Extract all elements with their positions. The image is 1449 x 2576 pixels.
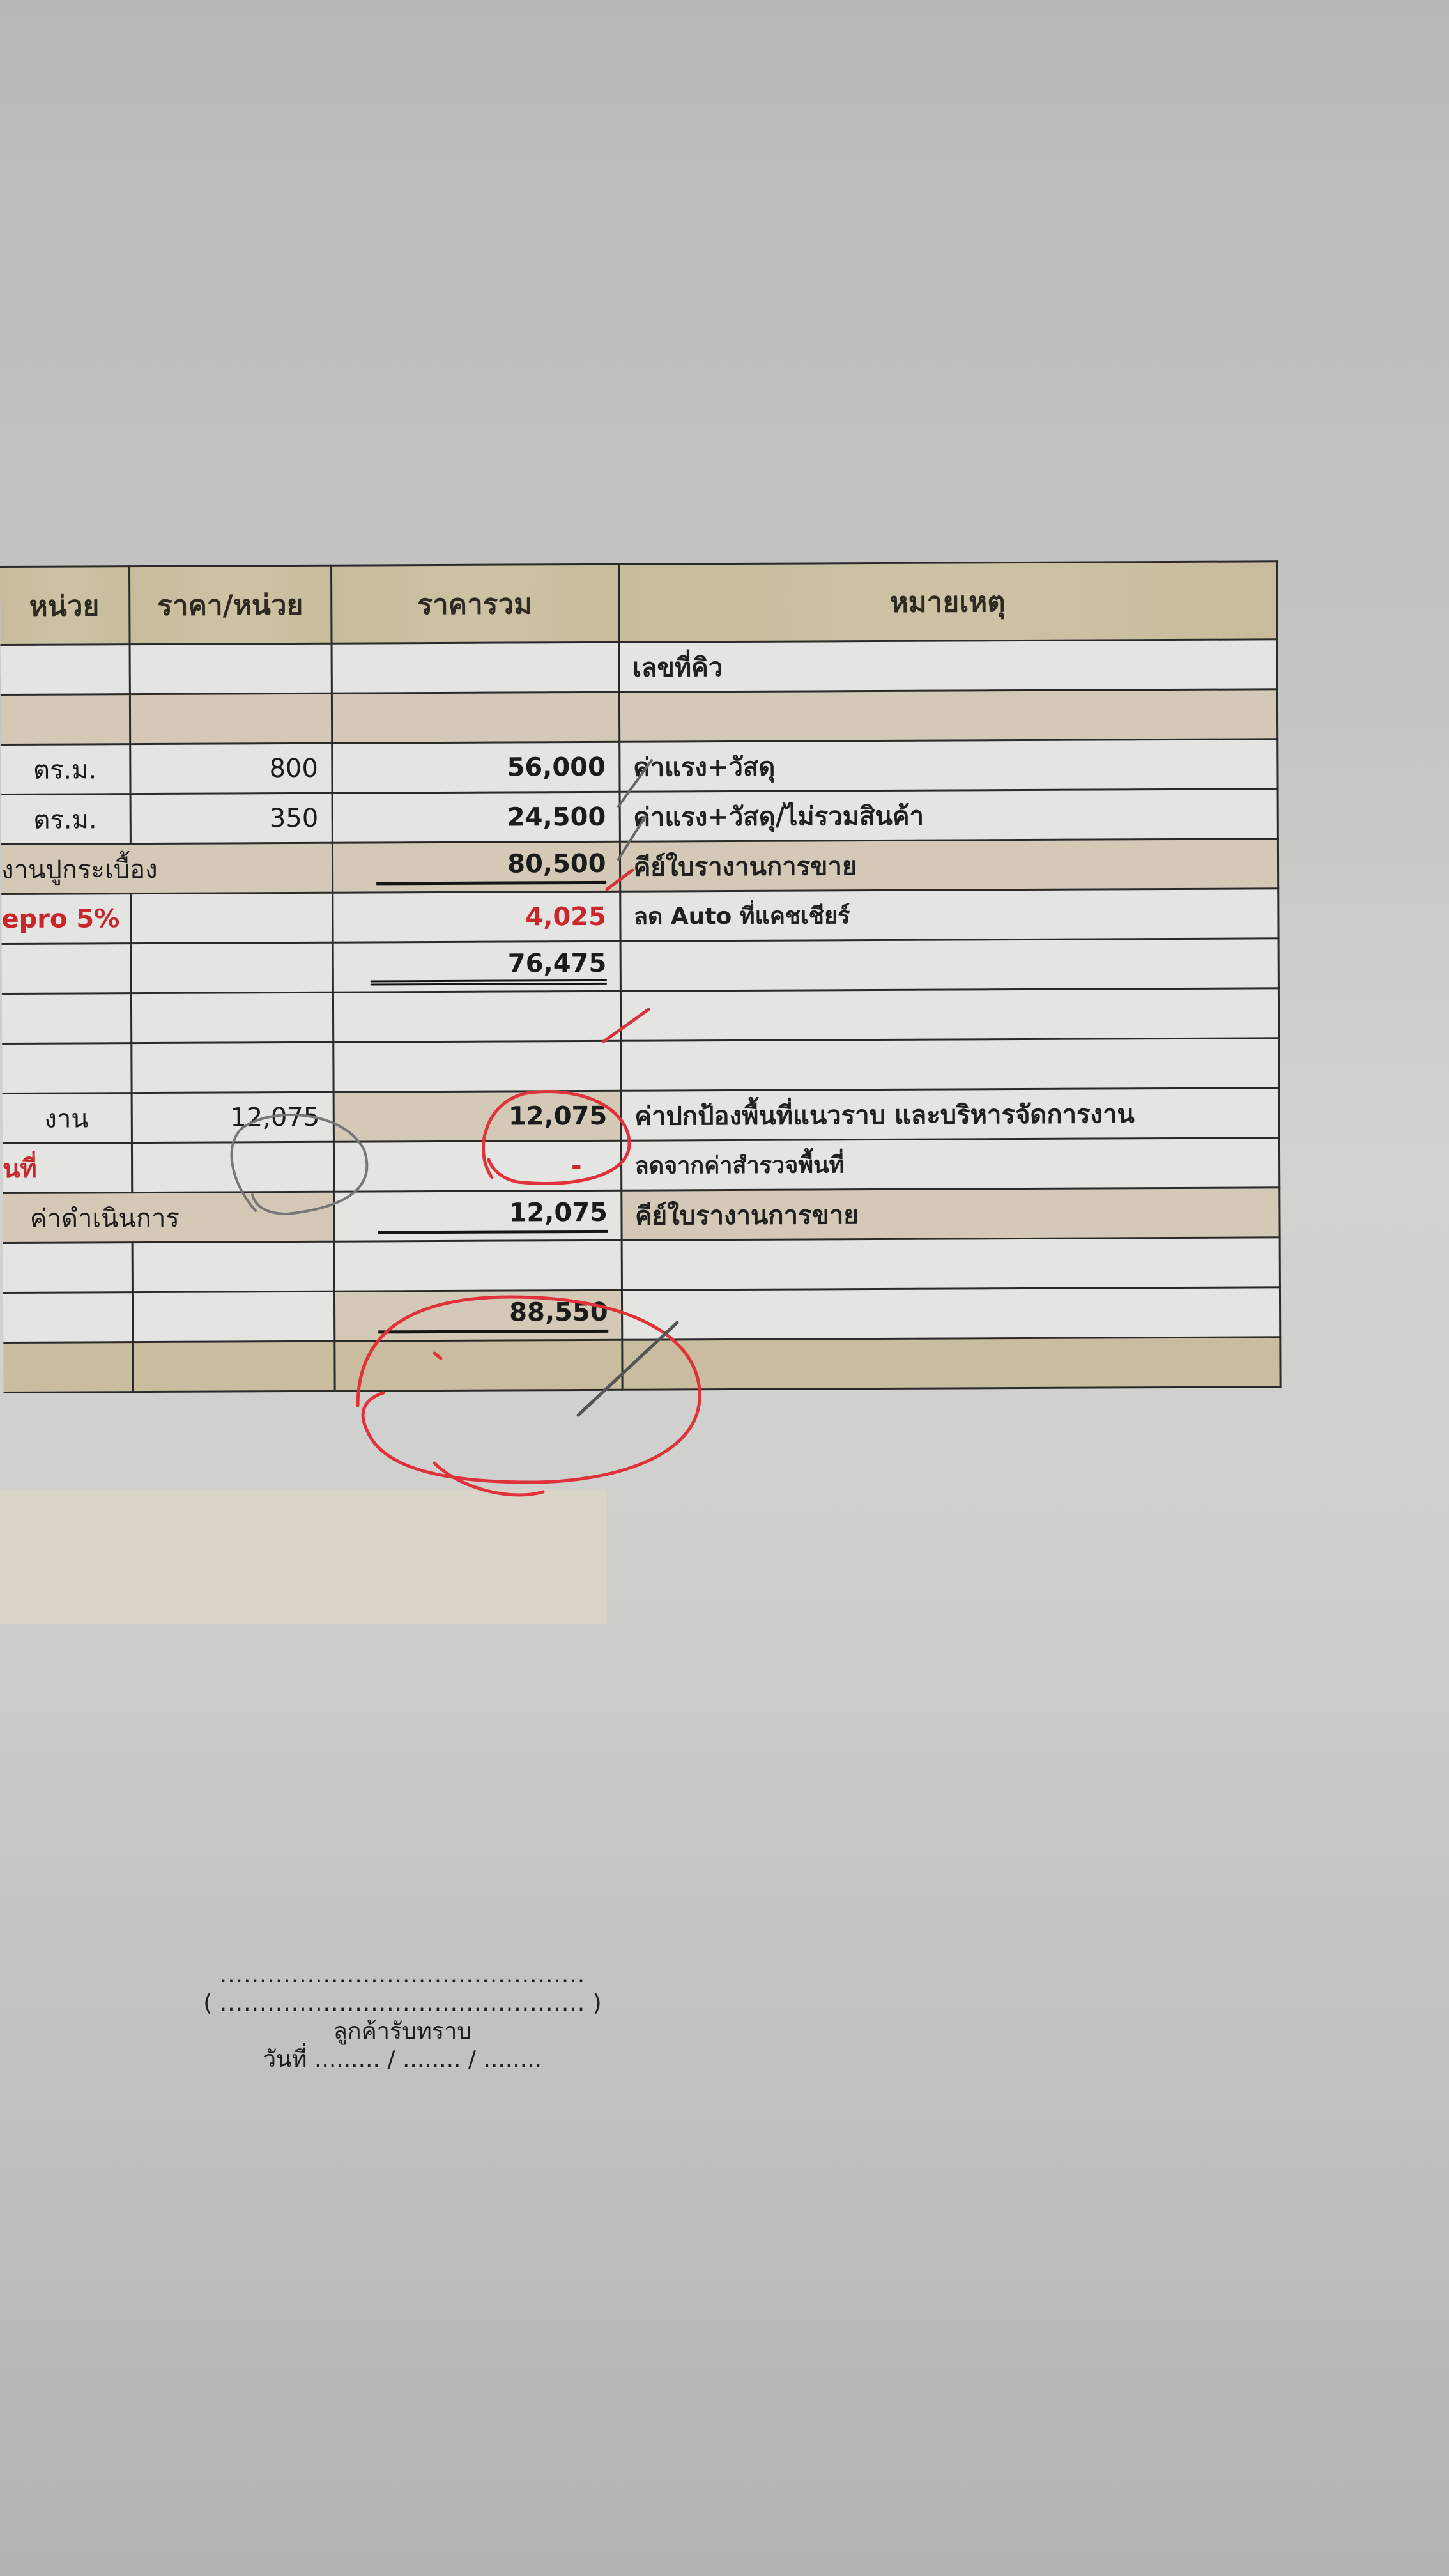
service-unit-price: 12,075 xyxy=(132,1092,333,1142)
cell-unit xyxy=(1,694,130,745)
table-row: เลขที่คิว xyxy=(1,640,1277,695)
grand-total: 88,550 xyxy=(334,1290,622,1341)
survey-deduct-remark: ลดจากค่าสำรวจพื้นที่ xyxy=(621,1138,1279,1190)
tile-subtotal-total: 80,500 xyxy=(332,841,620,893)
table-row: ตร.ม. 350 24,500 ค่าแรง+วัสดุ/ไม่รวมสินค… xyxy=(1,789,1278,845)
cell-remark: ค่าแรง+วัสดุ xyxy=(619,739,1277,792)
header-total: ราคารวม xyxy=(331,564,619,643)
signature-line: ........................................… xyxy=(185,1961,620,1989)
service-row: งาน 12,075 12,075 ค่าปกป้องพื้นที่แนวราบ… xyxy=(3,1088,1279,1144)
table-row xyxy=(2,988,1278,1044)
grand-total-value: 88,550 xyxy=(378,1298,608,1334)
service-remark: ค่าปกป้องพื้นที่แนวราบ และบริหารจัดการงา… xyxy=(621,1088,1279,1140)
cell-unit: ตร.ม. xyxy=(1,744,130,795)
discount-row: epro 5% 4,025 ลด Auto ที่แคชเชียร์ xyxy=(1,889,1278,944)
operation-subtotal-total: 12,075 xyxy=(333,1190,621,1241)
cell-empty xyxy=(131,942,333,993)
net-tile-total: 76,475 xyxy=(333,941,620,992)
cell-remark: ค่าแรง+วัสดุ/ไม่รวมสินค้า xyxy=(620,789,1278,841)
tile-subtotal-remark: คีย์ใบรางานการขาย xyxy=(620,839,1278,891)
cell-unit-price xyxy=(130,693,332,744)
table-row xyxy=(1,689,1277,745)
cell-total: 56,000 xyxy=(332,742,619,793)
operation-subtotal-value: 12,075 xyxy=(378,1198,608,1234)
operation-subtotal-remark: คีย์ใบรางานการขาย xyxy=(621,1188,1279,1240)
table-row: ตร.ม. 800 56,000 ค่าแรง+วัสดุ xyxy=(1,739,1277,795)
header-unit-price: ราคา/หน่วย xyxy=(129,565,332,644)
table-row xyxy=(3,1238,1280,1293)
tile-subtotal-label: งานปูกระเบื้อง xyxy=(1,843,332,894)
discount-label: epro 5% xyxy=(1,894,130,944)
survey-deduct-label: นที่ xyxy=(3,1143,132,1193)
cell-total xyxy=(332,642,619,693)
customer-signature-block: ........................................… xyxy=(185,1961,620,2074)
discount-total: 4,025 xyxy=(332,891,620,942)
survey-deduct-row: นที่ - ลดจากค่าสำรวจพื้นที่ xyxy=(3,1138,1279,1193)
cell-unit-price xyxy=(130,643,332,694)
cell-remark-queue-no: เลขที่คิว xyxy=(619,640,1277,692)
service-unit: งาน xyxy=(3,1093,132,1144)
operation-subtotal-row: ค่าดำเนินการ 12,075 คีย์ใบรางานการขาย xyxy=(3,1188,1279,1243)
cell-remark xyxy=(619,689,1277,742)
cell-unit: ตร.ม. xyxy=(1,794,130,845)
quotation-table: หน่วย ราคา/หน่วย ราคารวม หมายเหตุ เลขที่… xyxy=(0,560,1281,1393)
net-tile-value: 76,475 xyxy=(370,948,606,985)
discount-remark: ลด Auto ที่แคชเชียร์ xyxy=(620,889,1278,941)
tile-subtotal-value: 80,500 xyxy=(376,849,606,885)
cell-unit xyxy=(1,645,130,695)
header-remark: หมายเหตุ xyxy=(618,562,1277,642)
cell-empty xyxy=(130,893,332,943)
cell-empty xyxy=(620,939,1278,991)
table-footer-row xyxy=(3,1337,1280,1393)
table-header-row: หน่วย ราคา/หน่วย ราคารวม หมายเหตุ xyxy=(0,562,1277,645)
table-row xyxy=(2,1038,1278,1094)
net-tile-row: 76,475 xyxy=(2,939,1278,994)
shaded-block xyxy=(0,1489,607,1624)
tile-subtotal-row: งานปูกระเบื้อง 80,500 คีย์ใบรางานการขาย xyxy=(1,839,1278,894)
cell-total xyxy=(332,692,619,743)
signature-caption: ลูกค้ารับทราบ xyxy=(185,2018,620,2046)
grand-total-row: 88,550 xyxy=(3,1287,1280,1343)
operation-subtotal-label: ค่าดำเนินการ xyxy=(3,1192,333,1243)
cell-unit-price: 800 xyxy=(130,743,332,793)
survey-deduct-total: - xyxy=(333,1140,621,1192)
signature-name-line: ( ......................................… xyxy=(185,1989,620,2018)
cell-unit-price: 350 xyxy=(130,793,332,843)
quotation-sheet: หน่วย ราคา/หน่วย ราคารวม หมายเหตุ เลขที่… xyxy=(0,560,1280,1393)
header-unit: หน่วย xyxy=(0,567,130,645)
cell-empty xyxy=(2,944,131,994)
signature-date: วันที่ ......... / ........ / ........ xyxy=(185,2046,620,2074)
cell-empty xyxy=(132,1142,333,1192)
cell-total: 24,500 xyxy=(332,792,620,843)
service-total: 12,075 xyxy=(333,1091,621,1142)
